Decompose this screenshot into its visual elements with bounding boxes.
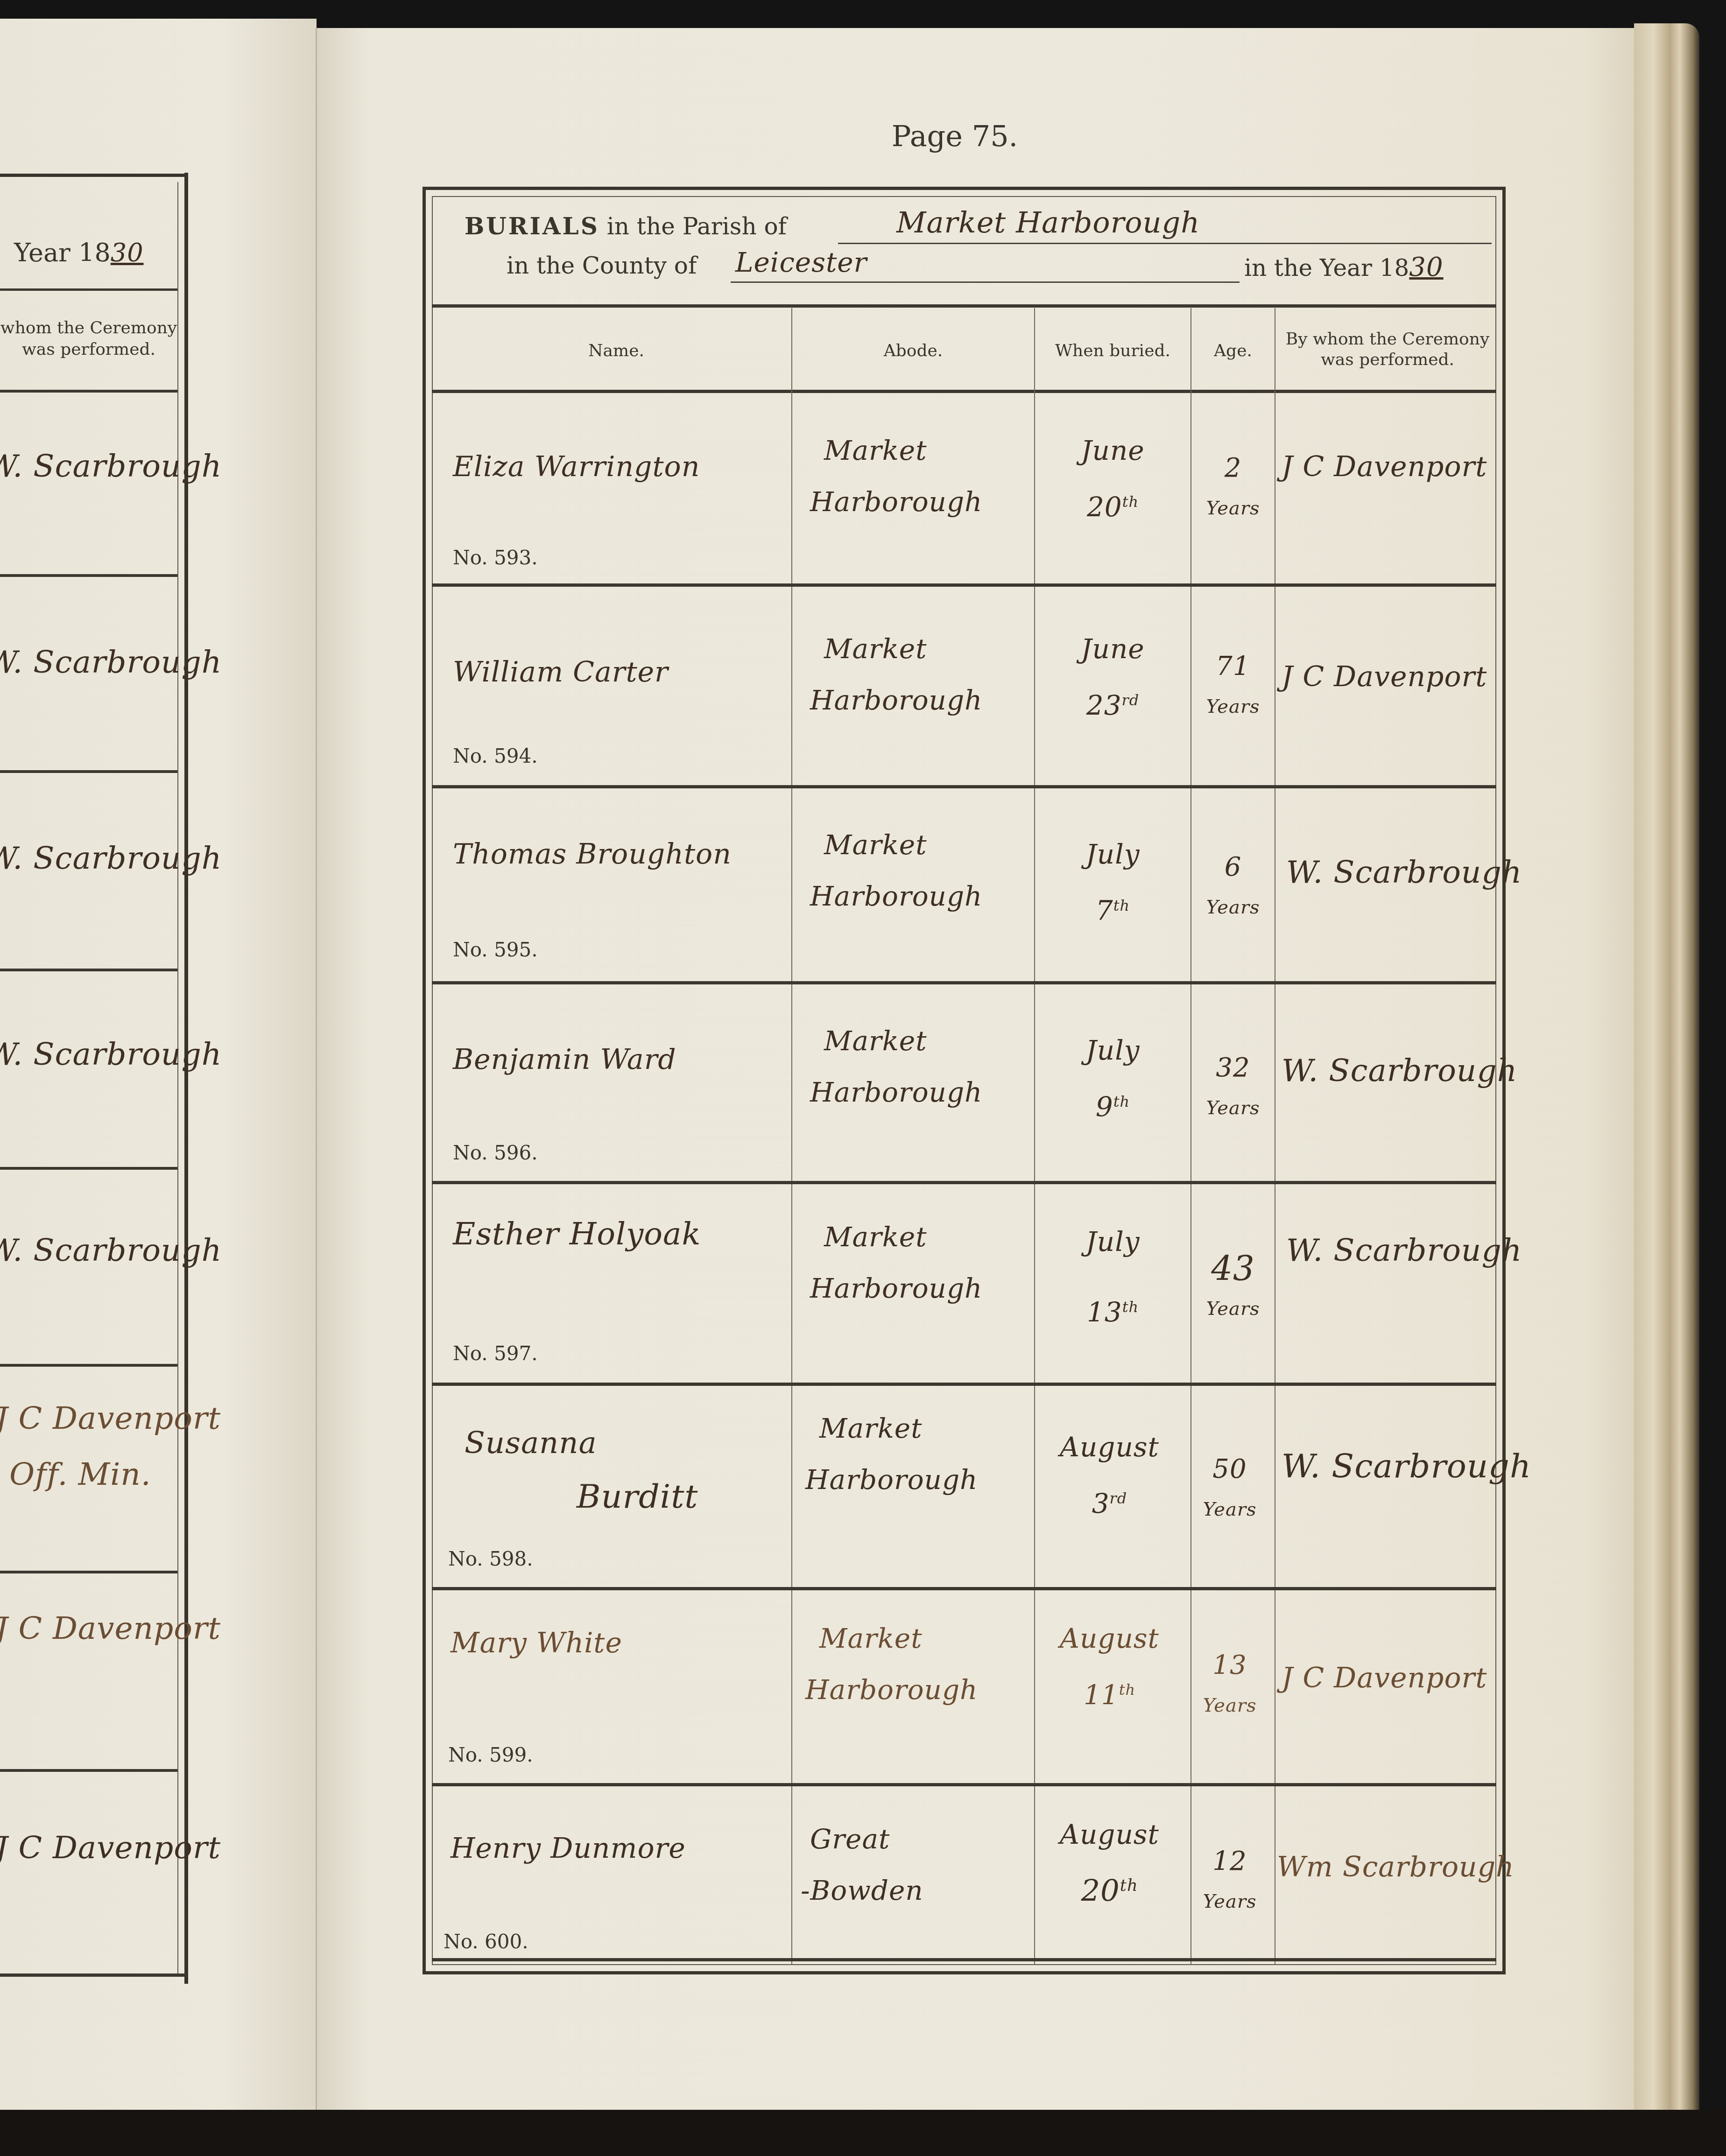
column-by-whom: By whom the Ceremony was performed.: [1275, 329, 1500, 370]
left-table-bottom-rule: [0, 1973, 188, 1977]
parish-value: Market Harborough: [896, 205, 1200, 239]
entry-officiant: Wm Scarbrough: [1277, 1851, 1515, 1883]
entry-name: Benjamin Ward: [453, 1043, 676, 1076]
entry-age: 6Years: [1191, 847, 1275, 927]
entry-date: August3rd: [1032, 1421, 1187, 1529]
entry-age: 13Years: [1188, 1645, 1271, 1726]
entry-date: July13th: [1035, 1216, 1191, 1338]
entry-number: No. 600.: [444, 1930, 528, 1953]
left-year-label: Year 1830: [14, 238, 144, 267]
left-table-top-rule: [0, 174, 188, 177]
entry-officiant: W. Scarbrough: [1286, 854, 1522, 890]
left-signature-title: Off. Min.: [9, 1456, 151, 1492]
burial-entry-593: Eliza Warrington No. 593. MarketHarborou…: [441, 397, 1496, 583]
entry-abode: MarketHarborough: [810, 425, 982, 527]
page-edges: [1634, 23, 1699, 2133]
entry-abode: MarketHarborough: [805, 1403, 978, 1505]
left-header-rule: [0, 288, 177, 291]
entry-number: No. 593.: [453, 546, 538, 569]
row-rule: [432, 785, 1496, 788]
left-signature: J C Davenport: [0, 1610, 221, 1646]
burial-entry-600: Henry Dunmore No. 600. Great-Bowden Augu…: [441, 1790, 1496, 1963]
entry-name: Susanna: [465, 1426, 597, 1461]
left-row-rule: [0, 1364, 177, 1367]
bottom-background: [0, 2110, 1726, 2156]
row-rule: [432, 1587, 1496, 1590]
left-row-rule: [0, 969, 177, 971]
entry-date: June23rd: [1035, 623, 1191, 731]
left-row-rule: [0, 770, 177, 773]
left-signature: W. Scarbrough: [0, 644, 222, 680]
header-rule: [432, 304, 1496, 308]
entry-number: No. 596.: [453, 1141, 538, 1164]
left-row-rule: [0, 1167, 177, 1170]
burial-entry-594: William Carter No. 594. MarketHarborough…: [441, 590, 1496, 782]
entry-officiant: W. Scarbrough: [1282, 1447, 1531, 1485]
header-parish-line: BURIALS in the Parish of: [465, 212, 787, 240]
entry-officiant: W. Scarbrough: [1282, 1053, 1517, 1089]
entry-date: August20th: [1032, 1809, 1187, 1917]
county-fill-line: [731, 281, 1240, 283]
burials-title: BURIALS: [465, 212, 599, 240]
left-row-rule: [0, 1769, 177, 1772]
entry-officiant: J C Davenport: [1282, 660, 1487, 693]
page-number: Page 75.: [878, 119, 1032, 153]
row-rule: [432, 583, 1496, 587]
burial-entry-596: Benjamin Ward No. 596. MarketHarborough …: [441, 987, 1496, 1179]
table-bottom-rule: [432, 1958, 1496, 1961]
entry-abode: MarketHarborough: [810, 1211, 982, 1314]
burial-entry-598: Susanna Burditt No. 598. MarketHarboroug…: [441, 1389, 1496, 1585]
column-when-buried: When buried.: [1035, 341, 1191, 361]
entry-number: No. 599.: [448, 1743, 533, 1766]
left-year-value: 30: [111, 238, 144, 267]
header-year: in the Year 1830: [1244, 252, 1444, 282]
entry-name-line2: Burditt: [577, 1477, 698, 1516]
entry-abode: MarketHarborough: [810, 819, 982, 922]
entry-abode: MarketHarborough: [810, 623, 982, 726]
parish-fill-line: [838, 243, 1492, 244]
entry-name: William Carter: [453, 656, 669, 688]
left-signature: J C Davenport: [0, 1830, 221, 1866]
entry-name: Mary White: [451, 1627, 622, 1659]
entry-abode: MarketHarborough: [810, 1015, 982, 1118]
year-value: 30: [1409, 252, 1443, 282]
burial-entry-599: Mary White No. 599. MarketHarborough Aug…: [441, 1594, 1496, 1781]
header-county-line: in the County of: [507, 252, 697, 279]
entry-age: 50Years: [1188, 1449, 1271, 1530]
entry-number: No. 594.: [453, 744, 538, 767]
row-rule: [432, 981, 1496, 984]
county-value: Leicester: [735, 246, 867, 278]
row-rule: [432, 1383, 1496, 1386]
burial-entry-597: Esther Holyoak No. 597. MarketHarborough…: [441, 1188, 1496, 1379]
left-colhead-rule: [0, 390, 177, 393]
column-age: Age.: [1191, 341, 1275, 361]
column-head-rule: [432, 390, 1496, 393]
entry-officiant: J C Davenport: [1282, 450, 1487, 483]
entry-date: July7th: [1035, 829, 1191, 936]
entry-officiant: W. Scarbrough: [1286, 1232, 1522, 1268]
column-name: Name.: [441, 341, 791, 361]
entry-abode: Great-Bowden: [801, 1813, 923, 1916]
left-row-rule: [0, 1571, 177, 1573]
entry-age: 43Years: [1191, 1249, 1275, 1329]
entry-name: Henry Dunmore: [451, 1832, 686, 1865]
row-rule: [432, 1181, 1496, 1184]
left-signature: W. Scarbrough: [0, 1232, 222, 1268]
entry-name: Eliza Warrington: [453, 450, 700, 483]
entry-date: July9th: [1035, 1025, 1191, 1132]
book-gutter: [316, 28, 317, 2133]
left-signature: J C Davenport: [0, 1400, 221, 1436]
entry-age: 71Years: [1191, 646, 1275, 727]
entry-date: June20th: [1035, 425, 1191, 533]
entry-date: August11th: [1032, 1613, 1187, 1721]
left-signature: W. Scarbrough: [0, 1036, 222, 1072]
left-column-head: whom the Ceremony was performed.: [0, 317, 177, 360]
entry-age: 12Years: [1188, 1841, 1271, 1922]
entry-abode: MarketHarborough: [805, 1613, 978, 1715]
entry-age: 32Years: [1191, 1048, 1275, 1128]
entry-number: No. 595.: [453, 938, 538, 961]
entry-number: No. 598.: [448, 1547, 533, 1570]
burial-entry-595: Thomas Broughton No. 595. MarketHarborou…: [441, 791, 1496, 978]
entry-name: Esther Holyoak: [453, 1216, 701, 1252]
entry-number: No. 597.: [453, 1342, 538, 1365]
row-rule: [432, 1783, 1496, 1786]
left-signature: W. Scarbrough: [0, 448, 222, 484]
column-abode: Abode.: [792, 341, 1034, 361]
left-signature: W. Scarbrough: [0, 840, 222, 876]
entry-officiant: J C Davenport: [1282, 1662, 1487, 1694]
left-table-frame: [184, 173, 188, 1984]
entry-age: 2Years: [1191, 448, 1275, 528]
left-row-rule: [0, 574, 177, 577]
entry-name: Thomas Broughton: [453, 838, 732, 871]
